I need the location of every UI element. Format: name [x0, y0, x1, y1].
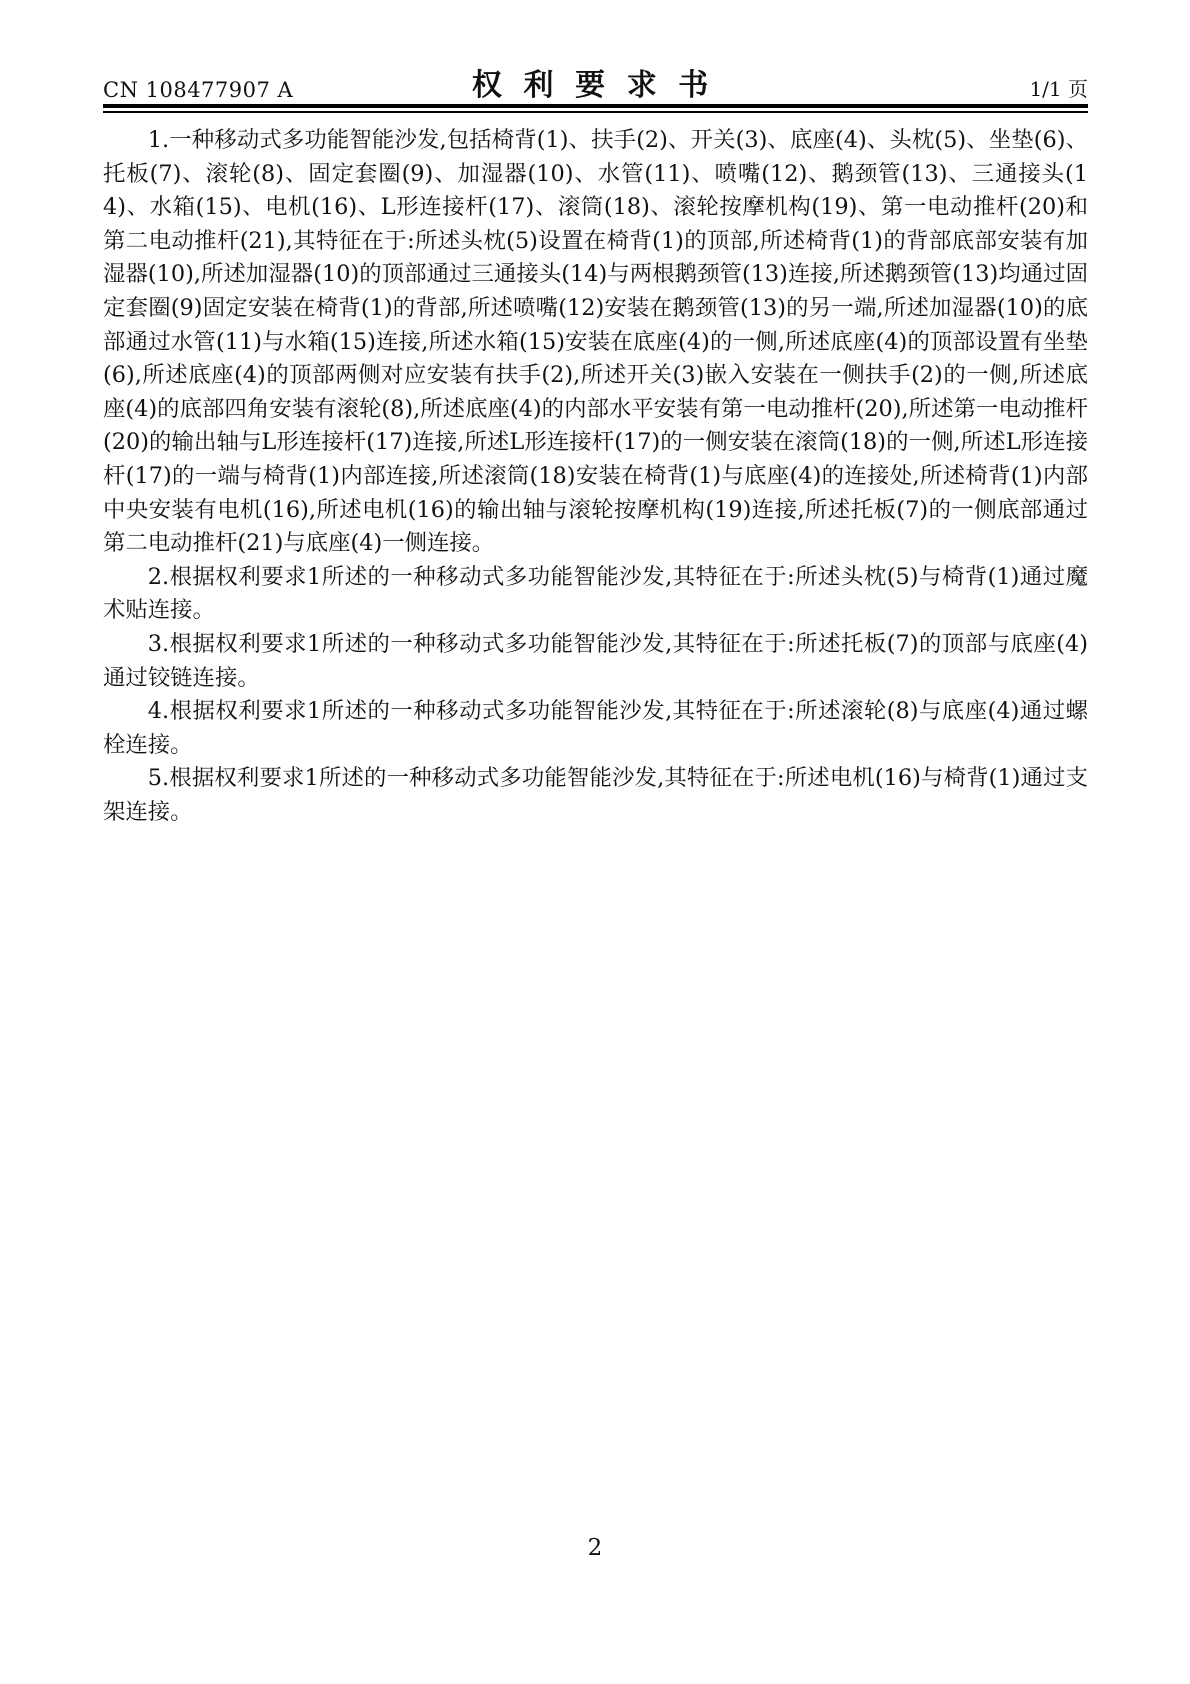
page-header: CN 108477907 A 权利要求书 1/1 页: [103, 62, 1088, 104]
claim-5: 5.根据权利要求1所述的一种移动式多功能智能沙发,其特征在于:所述电机(16)与…: [103, 762, 1088, 829]
document-title: 权利要求书: [461, 60, 730, 104]
claim-2: 2.根据权利要求1所述的一种移动式多功能智能沙发,其特征在于:所述头枕(5)与椅…: [103, 561, 1088, 628]
claims-body: 1.一种移动式多功能智能沙发,包括椅背(1)、扶手(2)、开关(3)、底座(4)…: [103, 124, 1088, 829]
sheet-page-indicator: 1/1 页: [1029, 73, 1088, 102]
claim-4: 4.根据权利要求1所述的一种移动式多功能智能沙发,其特征在于:所述滚轮(8)与底…: [103, 695, 1088, 762]
footer-page-number: 2: [0, 1535, 1190, 1561]
patent-publication-number: CN 108477907 A: [103, 78, 293, 102]
patent-claims-page: CN 108477907 A 权利要求书 1/1 页 1.一种移动式多功能智能沙…: [0, 0, 1190, 1684]
claim-1: 1.一种移动式多功能智能沙发,包括椅背(1)、扶手(2)、开关(3)、底座(4)…: [103, 124, 1088, 561]
claim-3: 3.根据权利要求1所述的一种移动式多功能智能沙发,其特征在于:所述托板(7)的顶…: [103, 628, 1088, 695]
divider-thin-line: [103, 111, 1088, 113]
header-divider-rule: [103, 104, 1088, 113]
